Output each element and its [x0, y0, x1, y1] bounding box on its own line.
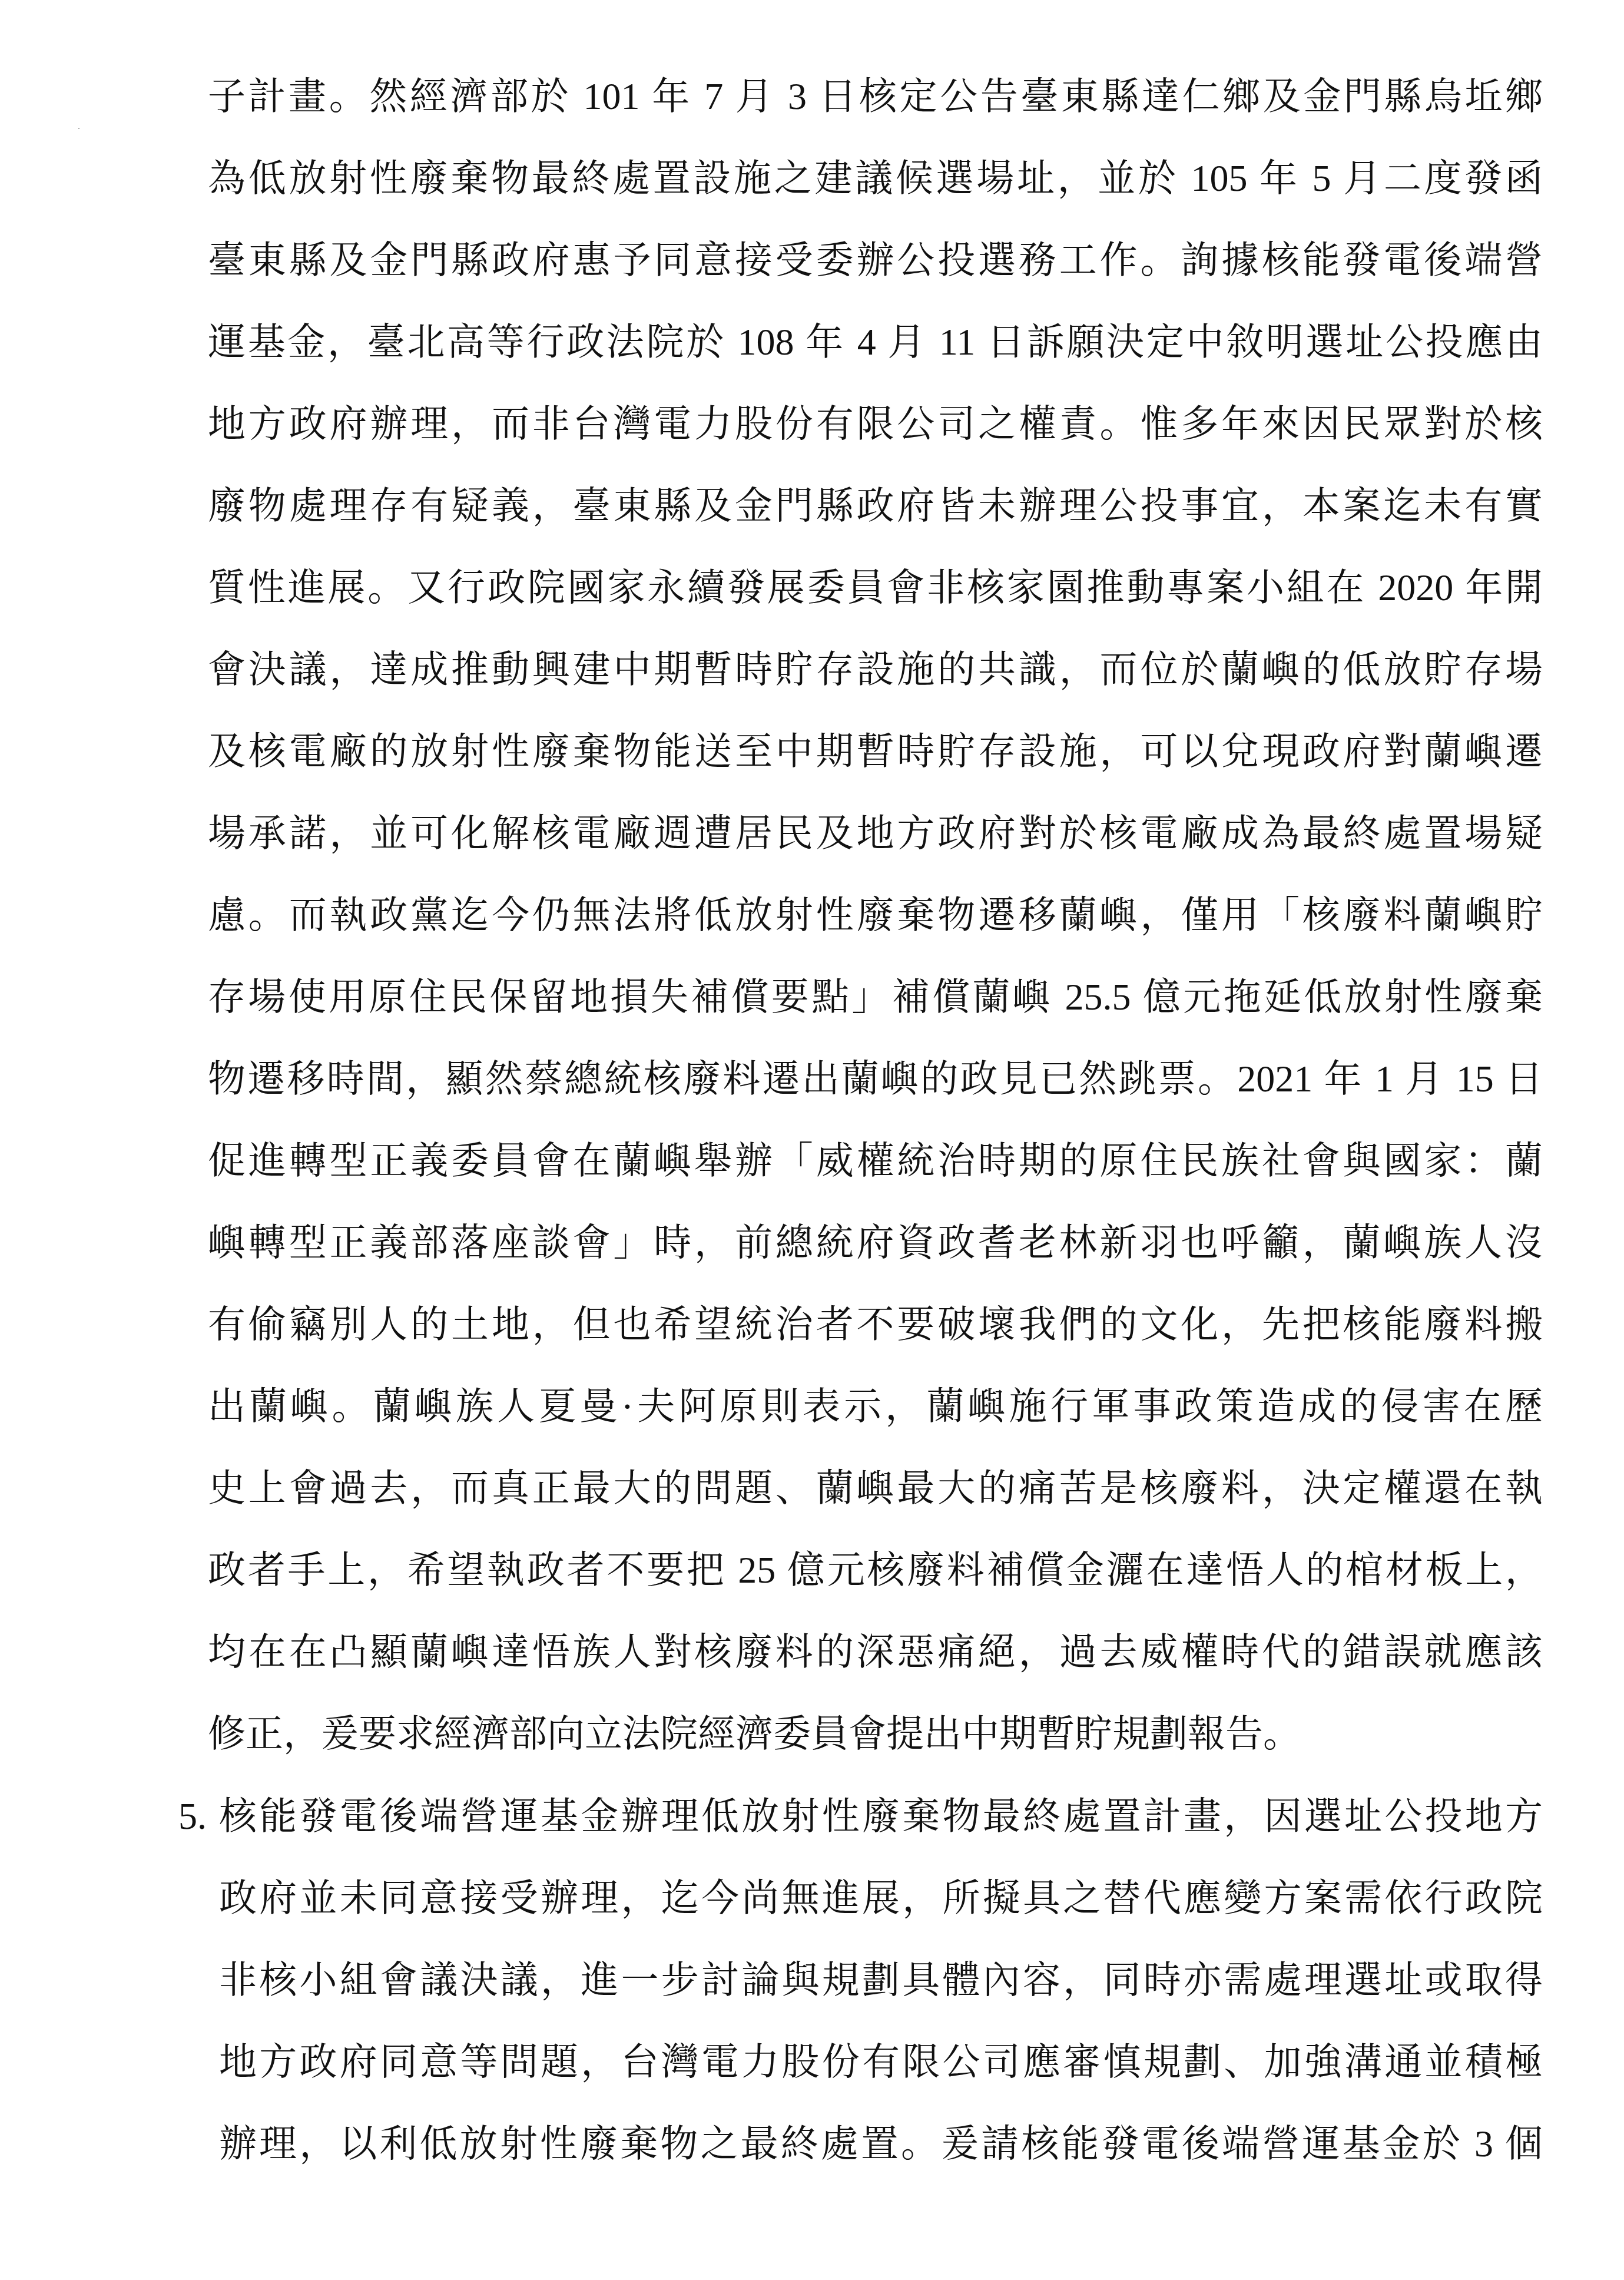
paragraph-line: 物遷移時間，顯然蔡總統核廢料遷出蘭嶼的政見已然跳票。2021 年 1 月 15 … — [208, 1055, 1543, 1103]
paragraph-line: 史上會過去，而真正最大的問題、蘭嶼最大的痛苦是核廢料，決定權還在執 — [208, 1465, 1543, 1512]
list-item-line: 核能發電後端營運基金辦理低放射性廢棄物最終處置計畫，因選址公投地方 — [219, 1793, 1543, 1840]
paragraph-line: 子計畫。然經濟部於 101 年 7 月 3 日核定公告臺東縣達仁鄉及金門縣烏坵鄉 — [208, 73, 1543, 120]
paragraph-line: 均在在凸顯蘭嶼達悟族人對核廢料的深惡痛絕，過去威權時代的錯誤就應該 — [208, 1629, 1543, 1676]
paragraph-line: 修正，爰要求經濟部向立法院經濟委員會提出中期暫貯規劃報告。 — [208, 1710, 1543, 1758]
paragraph-line: 運基金，臺北高等行政法院於 108 年 4 月 11 日訴願決定中敘明選址公投應… — [208, 319, 1543, 366]
document-page: 子計畫。然經濟部於 101 年 7 月 3 日核定公告臺東縣達仁鄉及金門縣烏坵鄉… — [0, 0, 1624, 2280]
paragraph-line: 會決議，達成推動興建中期暫時貯存設施的共識，而位於蘭嶼的低放貯存場 — [208, 646, 1543, 693]
list-item-line: 地方政府同意等問題，台灣電力股份有限公司應審慎規劃、加強溝通並積極 — [219, 2039, 1543, 2086]
paragraph-line: 地方政府辦理，而非台灣電力股份有限公司之權責。惟多年來因民眾對於核 — [208, 401, 1543, 448]
paragraph-line: 廢物處理存有疑義，臺東縣及金門縣政府皆未辦理公投事宜，本案迄未有實 — [208, 482, 1543, 530]
paragraph-line: 及核電廠的放射性廢棄物能送至中期暫時貯存設施，可以兌現政府對蘭嶼遷 — [208, 728, 1543, 775]
paragraph-line: 促進轉型正義委員會在蘭嶼舉辦「威權統治時期的原住民族社會與國家：蘭 — [208, 1137, 1543, 1184]
paragraph-line: 存場使用原住民保留地損失補償要點」補償蘭嶼 25.5 億元拖延低放射性廢棄 — [208, 974, 1543, 1021]
paragraph-line: 出蘭嶼。蘭嶼族人夏曼·夫阿原則表示，蘭嶼施行軍事政策造成的侵害在歷 — [208, 1383, 1543, 1430]
paragraph-line: 場承諾，並可化解核電廠週遭居民及地方政府對於核電廠成為最終處置場疑 — [208, 810, 1543, 857]
paragraph-line: 慮。而執政黨迄今仍無法將低放射性廢棄物遷移蘭嶼，僅用「核廢料蘭嶼貯 — [208, 892, 1543, 939]
list-item-line: 非核小組會議決議，進一步討論與規劃具體內容，同時亦需處理選址或取得 — [219, 1957, 1543, 2004]
paragraph-line: 嶼轉型正義部落座談會」時，前總統府資政耆老林新羽也呼籲，蘭嶼族人沒 — [208, 1219, 1543, 1266]
paragraph-line: 有偷竊別人的土地，但也希望統治者不要破壞我們的文化，先把核能廢料搬 — [208, 1301, 1543, 1348]
paragraph-line: 臺東縣及金門縣政府惠予同意接受委辦公投選務工作。詢據核能發電後端營 — [208, 237, 1543, 284]
list-item-number: 5. — [178, 1793, 207, 1840]
scan-speck — [78, 128, 79, 129]
paragraph-line: 為低放射性廢棄物最終處置設施之建議候選場址，並於 105 年 5 月二度發函 — [208, 155, 1543, 202]
list-item-line: 政府並未同意接受辦理，迄今尚無進展，所擬具之替代應變方案需依行政院 — [219, 1875, 1543, 1922]
list-item-line: 辦理，以利低放射性廢棄物之最終處置。爰請核能發電後端營運基金於 3 個 — [219, 2120, 1543, 2168]
paragraph-line: 政者手上，希望執政者不要把 25 億元核廢料補償金灑在達悟人的棺材板上， — [208, 1547, 1543, 1594]
paragraph-line: 質性進展。又行政院國家永續發展委員會非核家園推動專案小組在 2020 年開 — [208, 564, 1543, 611]
